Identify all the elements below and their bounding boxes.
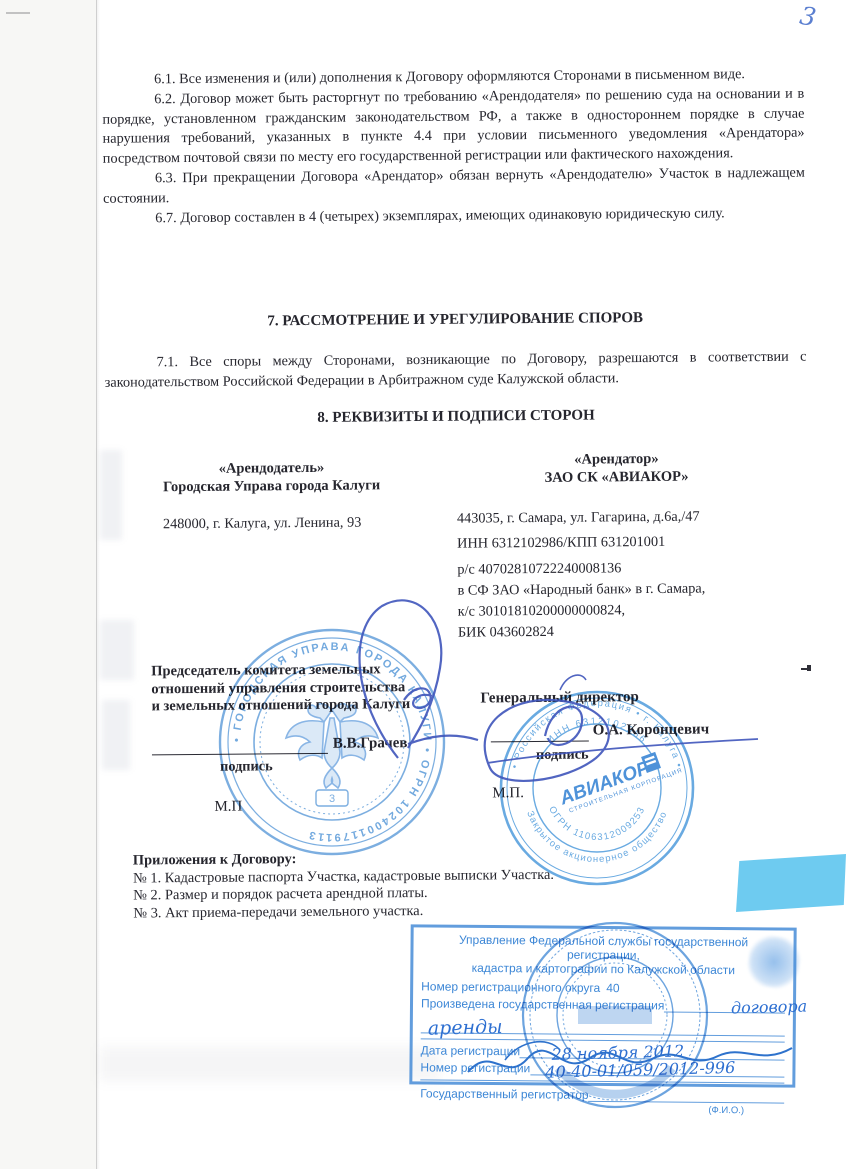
registrar-pen-signature	[468, 1048, 792, 1072]
registrar-signature-layer	[0, 0, 850, 1169]
